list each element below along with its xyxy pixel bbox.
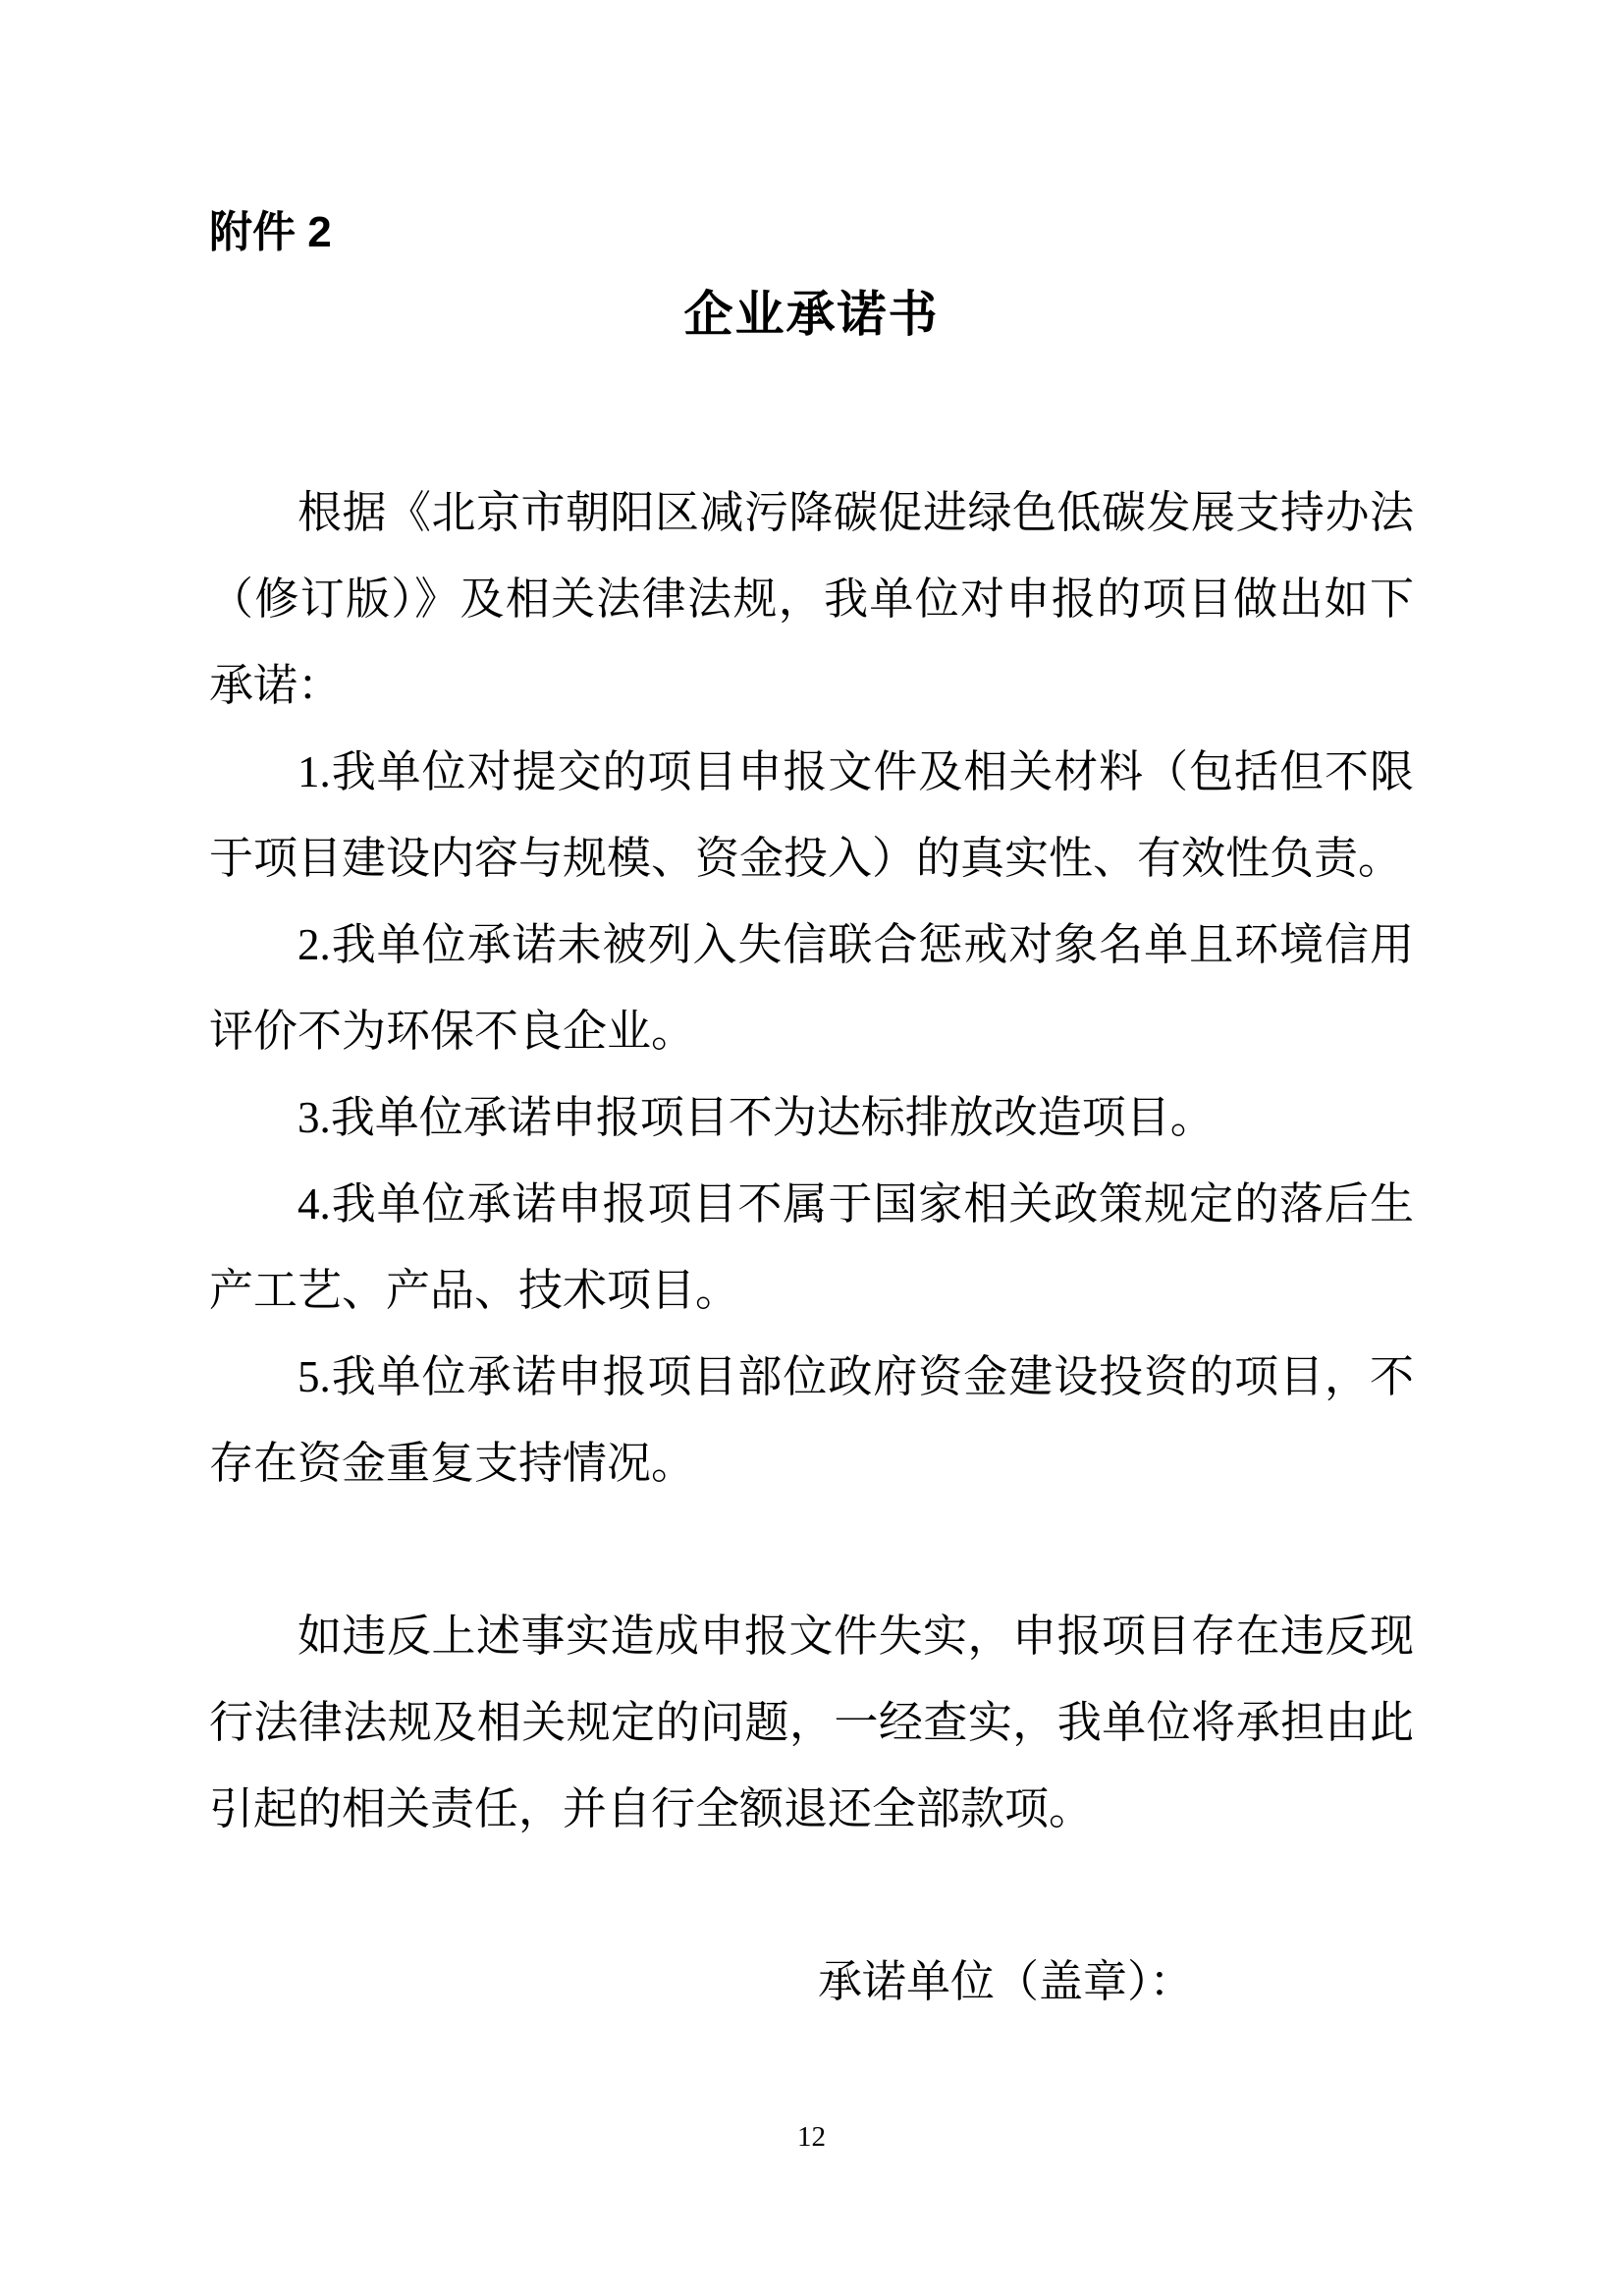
paragraph-line: 评价不为环保不良企业。 <box>209 988 1414 1074</box>
paragraph-line: （修订版）》及相关法律法规，我单位对申报的项目做出如下 <box>209 556 1414 642</box>
paragraph: 1.我单位对提交的项目申报文件及相关材料（包括但不限于项目建设内容与规模、资金投… <box>209 729 1414 902</box>
paragraph: 4.我单位承诺申报项目不属于国家相关政策规定的落后生产工艺、产品、技术项目。 <box>209 1161 1414 1334</box>
paragraph-line: 3.我单位承诺申报项目不为达标排放改造项目。 <box>209 1074 1414 1161</box>
paragraph-line: 引起的相关责任，并自行全额退还全部款项。 <box>209 1766 1414 1852</box>
paragraph: 如违反上述事实造成申报文件失实，申报项目存在违反现行法律法规及相关规定的问题，一… <box>209 1593 1414 1852</box>
paragraph: 5.我单位承诺申报项目部位政府资金建设投资的项目，不存在资金重复支持情况。 <box>209 1334 1414 1506</box>
paragraph-line: 承诺： <box>209 642 1414 729</box>
document-page: 附件 2 企业承诺书 根据《北京市朝阳区减污降碳促进绿色低碳发展支持办法（修订版… <box>0 0 1623 2296</box>
paragraph-line: 于项目建设内容与规模、资金投入）的真实性、有效性负责。 <box>209 815 1414 902</box>
paragraph-line: 4.我单位承诺申报项目不属于国家相关政策规定的落后生 <box>209 1161 1414 1247</box>
paragraph-line: 行法律法规及相关规定的问题，一经查实，我单位将承担由此 <box>209 1679 1414 1766</box>
paragraph-line: 5.我单位承诺申报项目部位政府资金建设投资的项目，不 <box>209 1334 1414 1420</box>
document-body: 根据《北京市朝阳区减污降碳促进绿色低碳发展支持办法（修订版）》及相关法律法规，我… <box>209 469 1414 2025</box>
paragraph: 2.我单位承诺未被列入失信联合惩戒对象名单且环境信用评价不为环保不良企业。 <box>209 902 1414 1074</box>
document-title: 企业承诺书 <box>0 279 1623 350</box>
paragraph-line: 存在资金重复支持情况。 <box>209 1420 1414 1506</box>
paragraph: 3.我单位承诺申报项目不为达标排放改造项目。 <box>209 1074 1414 1161</box>
paragraph-line: 2.我单位承诺未被列入失信联合惩戒对象名单且环境信用 <box>209 902 1414 988</box>
signature-line: 承诺单位（盖章）： <box>209 1939 1414 2025</box>
paragraph: 根据《北京市朝阳区减污降碳促进绿色低碳发展支持办法（修订版）》及相关法律法规，我… <box>209 469 1414 729</box>
attachment-label: 附件 2 <box>209 208 332 257</box>
paragraph-line: 如违反上述事实造成申报文件失实，申报项目存在违反现 <box>209 1593 1414 1679</box>
paragraph-line: 1.我单位对提交的项目申报文件及相关材料（包括但不限 <box>209 729 1414 815</box>
page-number: 12 <box>0 2117 1623 2157</box>
paragraph-line: 产工艺、产品、技术项目。 <box>209 1247 1414 1334</box>
paragraph-line: 根据《北京市朝阳区减污降碳促进绿色低碳发展支持办法 <box>209 469 1414 556</box>
